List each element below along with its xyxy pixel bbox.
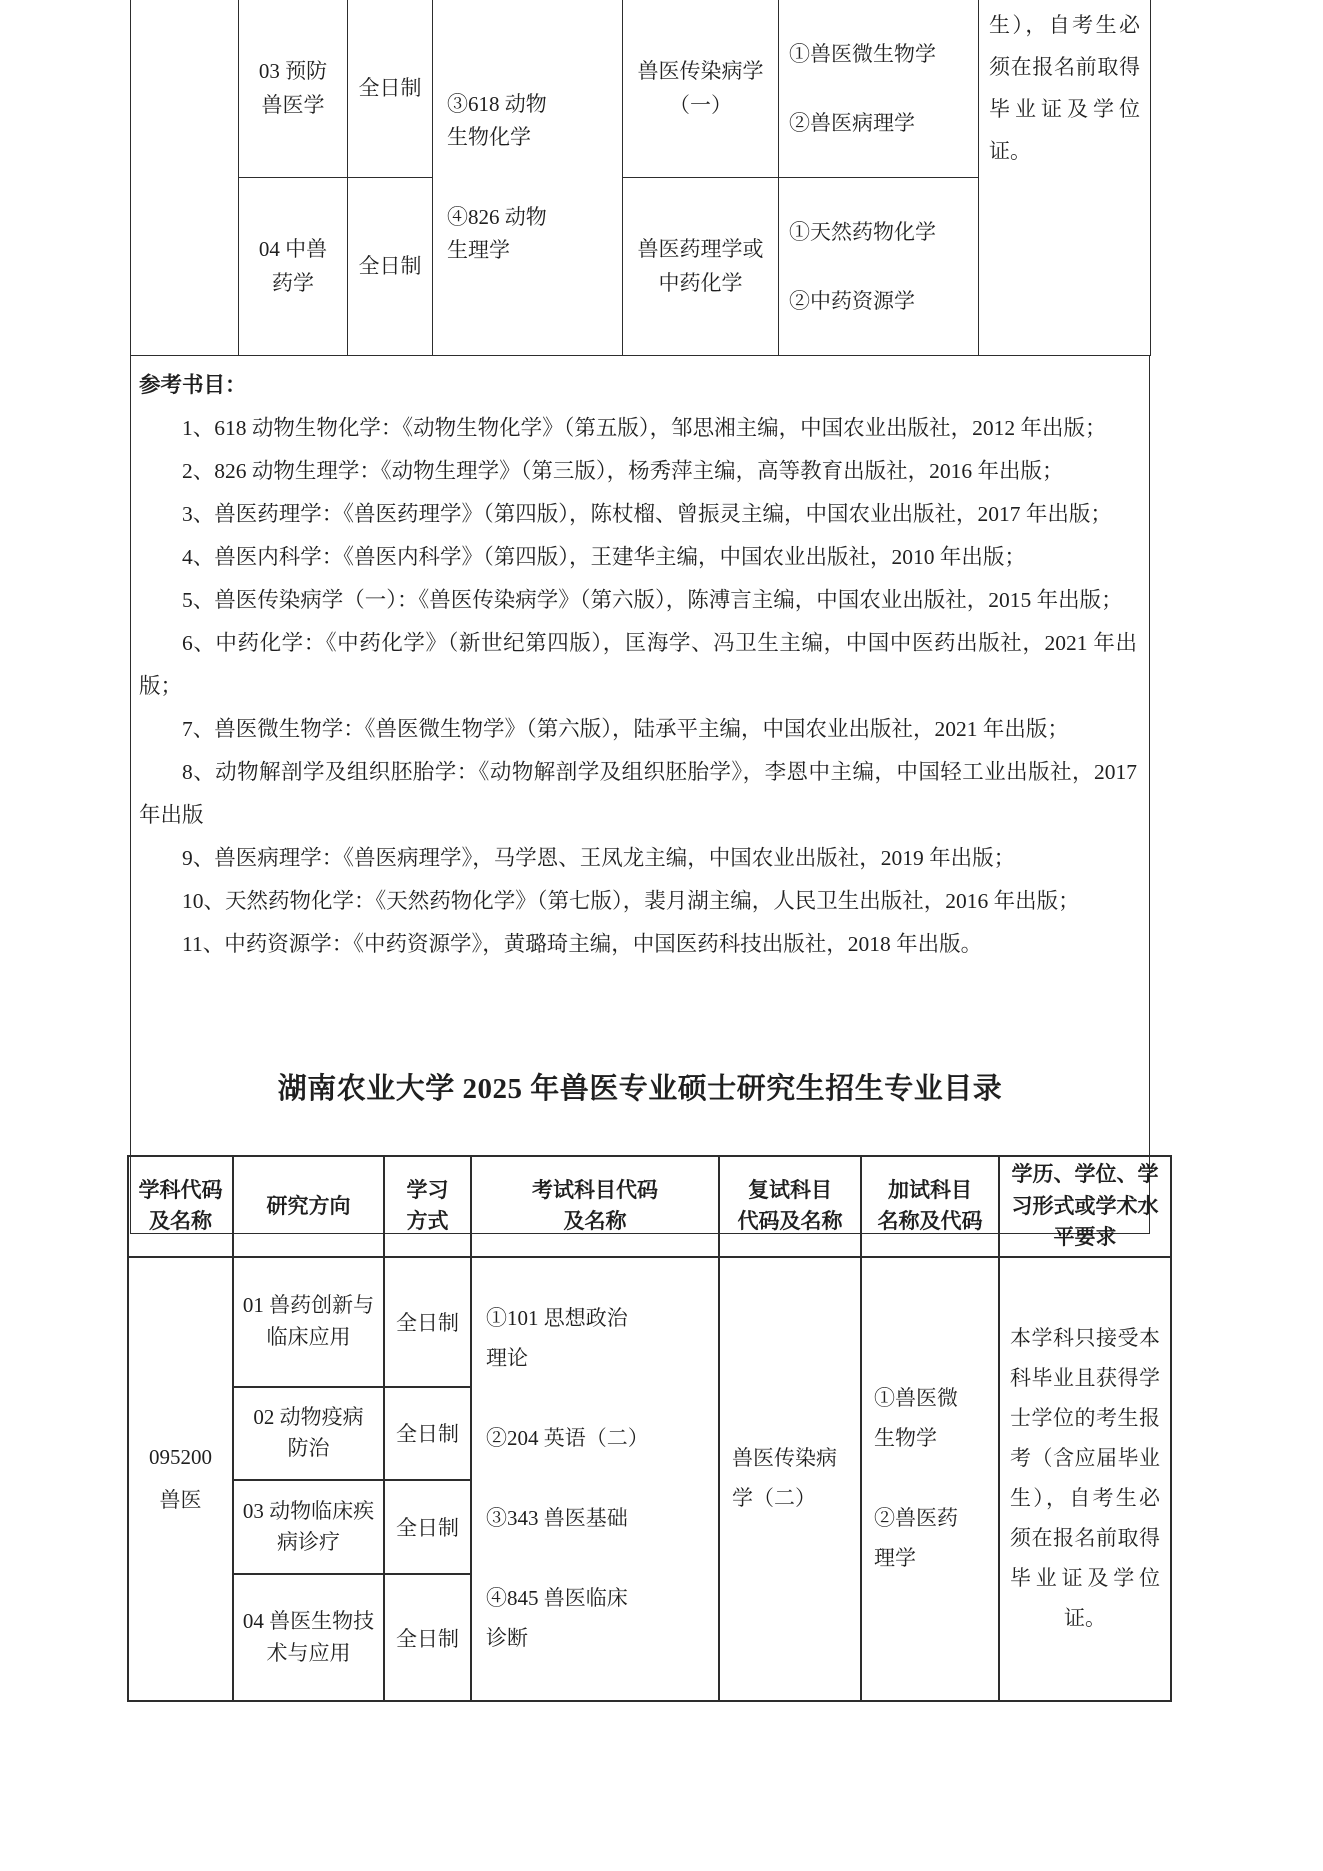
study-mode-cell: 全日制 xyxy=(348,178,433,356)
research-direction-cell: 01 兽药创新与 临床应用 xyxy=(233,1257,384,1387)
reference-item: 8、动物解剖学及组织胚胎学：《动物解剖学及组织胚胎学》，李恩中主编，中国轻工业出… xyxy=(139,751,1137,837)
exam-subject-item: ④845 兽医临床 诊断 xyxy=(486,1579,716,1659)
page-title: 湖南农业大学 2025 年兽医专业硕士研究生招生专业目录 xyxy=(130,1066,1150,1107)
exam-subject-item: ④826 动物 生理学 xyxy=(447,201,620,268)
study-mode-cell: 全日制 xyxy=(384,1387,471,1481)
research-direction-cell: 02 动物疫病 防治 xyxy=(233,1387,384,1481)
extra-test-subjects-cell: ①兽医微 生物学 ②兽医药 理学 xyxy=(861,1257,999,1702)
reference-item: 6、中药化学：《中药化学》（新世纪第四版），匡海学、冯卫生主编，中国中医药出版社… xyxy=(139,622,1137,708)
reference-item: 3、兽医药理学：《兽医药理学》（第四版），陈杖榴、曾振灵主编，中国农业出版社，2… xyxy=(139,493,1137,536)
retest-subject-cell: 兽医传染病学 （一） xyxy=(623,0,779,178)
reference-item: 9、兽医病理学：《兽医病理学》，马学恩、王凤龙主编，中国农业出版社，2019 年… xyxy=(139,837,1137,880)
reference-item: 7、兽医微生物学：《兽医微生物学》（第六版），陆承平主编，中国农业出版社，202… xyxy=(139,708,1137,751)
exam-subject-item: ③618 动物 生物化学 xyxy=(447,88,620,155)
study-mode-cell: 全日制 xyxy=(348,0,433,178)
header-requirements: 学历、学位、学 习形式或学术水 平要求 xyxy=(999,1156,1171,1257)
subject-code-cell: 095200 兽医 xyxy=(128,1257,233,1702)
catalog-table-2025: 学科代码 及名称 研究方向 学习 方式 考试科目代码 及名称 复试科目 代码及名… xyxy=(127,1155,1172,1702)
exam-subjects-cell: ①101 思想政治 理论 ②204 英语（二） ③343 兽医基础 ④845 兽… xyxy=(471,1257,719,1702)
study-mode-cell: 全日制 xyxy=(384,1480,471,1574)
exam-subject-item: ③343 兽医基础 xyxy=(486,1499,716,1539)
reference-item: 2、826 动物生理学：《动物生理学》（第三版），杨秀萍主编，高等教育出版社，2… xyxy=(139,450,1137,493)
header-research-direction: 研究方向 xyxy=(233,1156,384,1257)
exam-subject-item: ②204 英语（二） xyxy=(486,1419,716,1459)
header-extra-test-subjects: 加试科目 名称及代码 xyxy=(861,1156,999,1257)
reference-item: 10、天然药物化学：《天然药物化学》（第七版），裴月湖主编，人民卫生出版社，20… xyxy=(139,880,1137,923)
exam-subjects-cell: ③618 动物 生物化学 ④826 动物 生理学 xyxy=(433,0,623,356)
header-subject-code: 学科代码 及名称 xyxy=(128,1156,233,1257)
research-direction-cell: 03 动物临床疾 病诊疗 xyxy=(233,1480,384,1574)
header-retest-subjects: 复试科目 代码及名称 xyxy=(719,1156,861,1257)
header-exam-subjects: 考试科目代码 及名称 xyxy=(471,1156,719,1257)
previous-catalog-table-tail: 03 预防 兽医学 全日制 ③618 动物 生物化学 ④826 动物 生理学 兽… xyxy=(130,0,1151,356)
extra-test-item: ②兽医病理学 xyxy=(789,106,976,141)
research-direction-cell: 03 预防 兽医学 xyxy=(239,0,348,178)
requirement-cell: 生），自考生必须在报名前取得毕业证及学位证。 xyxy=(979,0,1151,356)
research-direction-cell: 04 中兽 药学 xyxy=(239,178,348,356)
requirement-cell: 本学科只接受本科毕业且获得学士学位的考生报考（含应届毕业生），自考生必须在报名前… xyxy=(999,1257,1171,1702)
reference-item: 4、兽医内科学：《兽医内科学》（第四版），王建华主编，中国农业出版社，2010 … xyxy=(139,536,1137,579)
retest-subject-cell: 兽医传染病 学（二） xyxy=(719,1257,861,1702)
reference-item: 5、兽医传染病学（一）：《兽医传染病学》（第六版），陈溥言主编，中国农业出版社，… xyxy=(139,579,1137,622)
catalog-header-row: 学科代码 及名称 研究方向 学习 方式 考试科目代码 及名称 复试科目 代码及名… xyxy=(128,1156,1171,1257)
subject-code-cell-empty xyxy=(131,0,239,356)
catalog-row: 095200 兽医 01 兽药创新与 临床应用 全日制 ①101 思想政治 理论… xyxy=(128,1257,1171,1387)
extra-test-subjects-cell: ①兽医微生物学 ②兽医病理学 xyxy=(779,0,979,178)
extra-test-item: ①兽医微生物学 xyxy=(789,37,976,72)
reference-item: 11、中药资源学：《中药资源学》，黄璐琦主编，中国医药科技出版社，2018 年出… xyxy=(139,923,1137,966)
extra-test-item: ①兽医微 生物学 xyxy=(874,1379,996,1459)
reference-item: 1、618 动物生物化学：《动物生物化学》（第五版），邹思湘主编，中国农业出版社… xyxy=(139,407,1137,450)
research-direction-cell: 04 兽医生物技 术与应用 xyxy=(233,1574,384,1702)
retest-subject-cell: 兽医药理学或 中药化学 xyxy=(623,178,779,356)
extra-test-item: ②中药资源学 xyxy=(789,284,976,319)
extra-test-item: ②兽医药 理学 xyxy=(874,1499,996,1579)
extra-test-item: ①天然药物化学 xyxy=(789,215,976,250)
extra-test-subjects-cell: ①天然药物化学 ②中药资源学 xyxy=(779,178,979,356)
study-mode-cell: 全日制 xyxy=(384,1574,471,1702)
upper-table-and-references-box: 03 预防 兽医学 全日制 ③618 动物 生物化学 ④826 动物 生理学 兽… xyxy=(130,0,1150,1234)
document-page: 03 预防 兽医学 全日制 ③618 动物 生物化学 ④826 动物 生理学 兽… xyxy=(0,0,1323,1871)
exam-subject-item: ①101 思想政治 理论 xyxy=(486,1299,716,1379)
header-study-mode: 学习 方式 xyxy=(384,1156,471,1257)
study-mode-cell: 全日制 xyxy=(384,1257,471,1387)
reference-books-heading: 参考书目： xyxy=(139,364,1137,407)
